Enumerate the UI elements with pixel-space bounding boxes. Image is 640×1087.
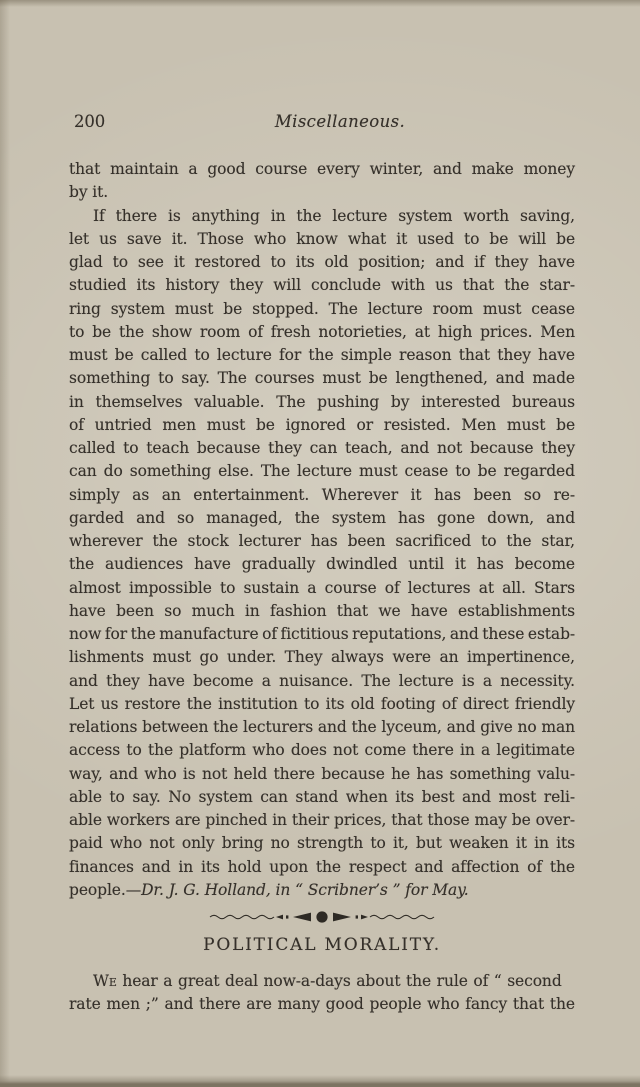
lead-rest: hear a great deal now-a-days about the r… (117, 972, 562, 990)
text-line: rate men ;” and there are many good peop… (69, 993, 575, 1016)
text-line: wherever the stock lecturer has been sac… (69, 530, 575, 553)
text-line: Let us restore the institution to its ol… (69, 693, 575, 716)
author-attribution: Dr. J. G. Holland, in “ Scribner’s ” for… (141, 881, 468, 899)
text-line: We hear a great deal now-a-days about th… (69, 970, 575, 993)
section-divider (69, 905, 575, 921)
text-line: ring system must be stopped. The lecture… (69, 298, 575, 321)
text-line: by it. (69, 181, 575, 204)
attribution-lead: people.— (69, 881, 141, 899)
text-line: something to say. The courses must be le… (69, 367, 575, 390)
page-top-edge-shadow (0, 0, 640, 7)
text-line: able workers are pinched in their prices… (69, 809, 575, 832)
text-line: the audiences have gradually dwindled un… (69, 553, 575, 576)
paragraph-continuation: that maintain a good course every winter… (69, 158, 575, 205)
text-line: have been so much in fashion that we hav… (69, 600, 575, 623)
text-line: to be the show room of fresh notorieties… (69, 321, 575, 344)
text-line: and they have become a nuisance. The lec… (69, 670, 575, 693)
article-heading: POLITICAL MORALITY. (69, 933, 575, 957)
text-line: access to the platform who does not come… (69, 739, 575, 762)
text-line: studied its history they will conclude w… (69, 274, 575, 297)
text-line: can do something else. The lecture must … (69, 460, 575, 483)
running-head: Miscellaneous. (69, 110, 575, 133)
text-line: in themselves valuable. The pushing by i… (69, 391, 575, 414)
text-line: able to say. No system can stand when it… (69, 786, 575, 809)
paragraph-lecture-system: If there is anything in the lecture syst… (69, 205, 575, 879)
text-line: of untried men must be ignored or resist… (69, 414, 575, 437)
text-line: simply as an entertainment. Wherever it … (69, 484, 575, 507)
page-bottom-edge-shadow (0, 1075, 640, 1087)
text-line: garded and so managed, the system has go… (69, 507, 575, 530)
divider-ornament-icon (208, 910, 436, 924)
text-line: almost impossible to sustain a course of… (69, 577, 575, 600)
text-line: paid who not only bring no strength to i… (69, 832, 575, 855)
text-line: glad to see it restored to its old posit… (69, 251, 575, 274)
text-line: that maintain a good course every winter… (69, 158, 575, 181)
text-line: must be called to lecture for the simple… (69, 344, 575, 367)
text-line: let us save it. Those who know what it u… (69, 228, 575, 251)
attribution-line: people.—Dr. J. G. Holland, in “ Scribner… (69, 879, 575, 902)
text-line: relations between the lecturers and the … (69, 716, 575, 739)
text-line: way, and who is not held there because h… (69, 763, 575, 786)
page-number: 200 (74, 110, 105, 133)
text-line: If there is anything in the lecture syst… (69, 205, 575, 228)
text-line: now for the manufacture of fictitious re… (69, 623, 575, 646)
page-header: 200 Miscellaneous. (69, 110, 575, 133)
lead-smallcaps: We (93, 972, 117, 990)
text-line: lishments must go under. They always wer… (69, 646, 575, 669)
paragraph-political-morality: We hear a great deal now-a-days about th… (69, 970, 575, 1017)
page-left-edge-shadow (0, 0, 10, 1087)
page-content: 200 Miscellaneous. that maintain a good … (69, 110, 575, 1017)
text-line: called to teach because they can teach, … (69, 437, 575, 460)
text-line: finances and in its hold upon the respec… (69, 856, 575, 879)
book-page: 200 Miscellaneous. that maintain a good … (0, 0, 640, 1087)
